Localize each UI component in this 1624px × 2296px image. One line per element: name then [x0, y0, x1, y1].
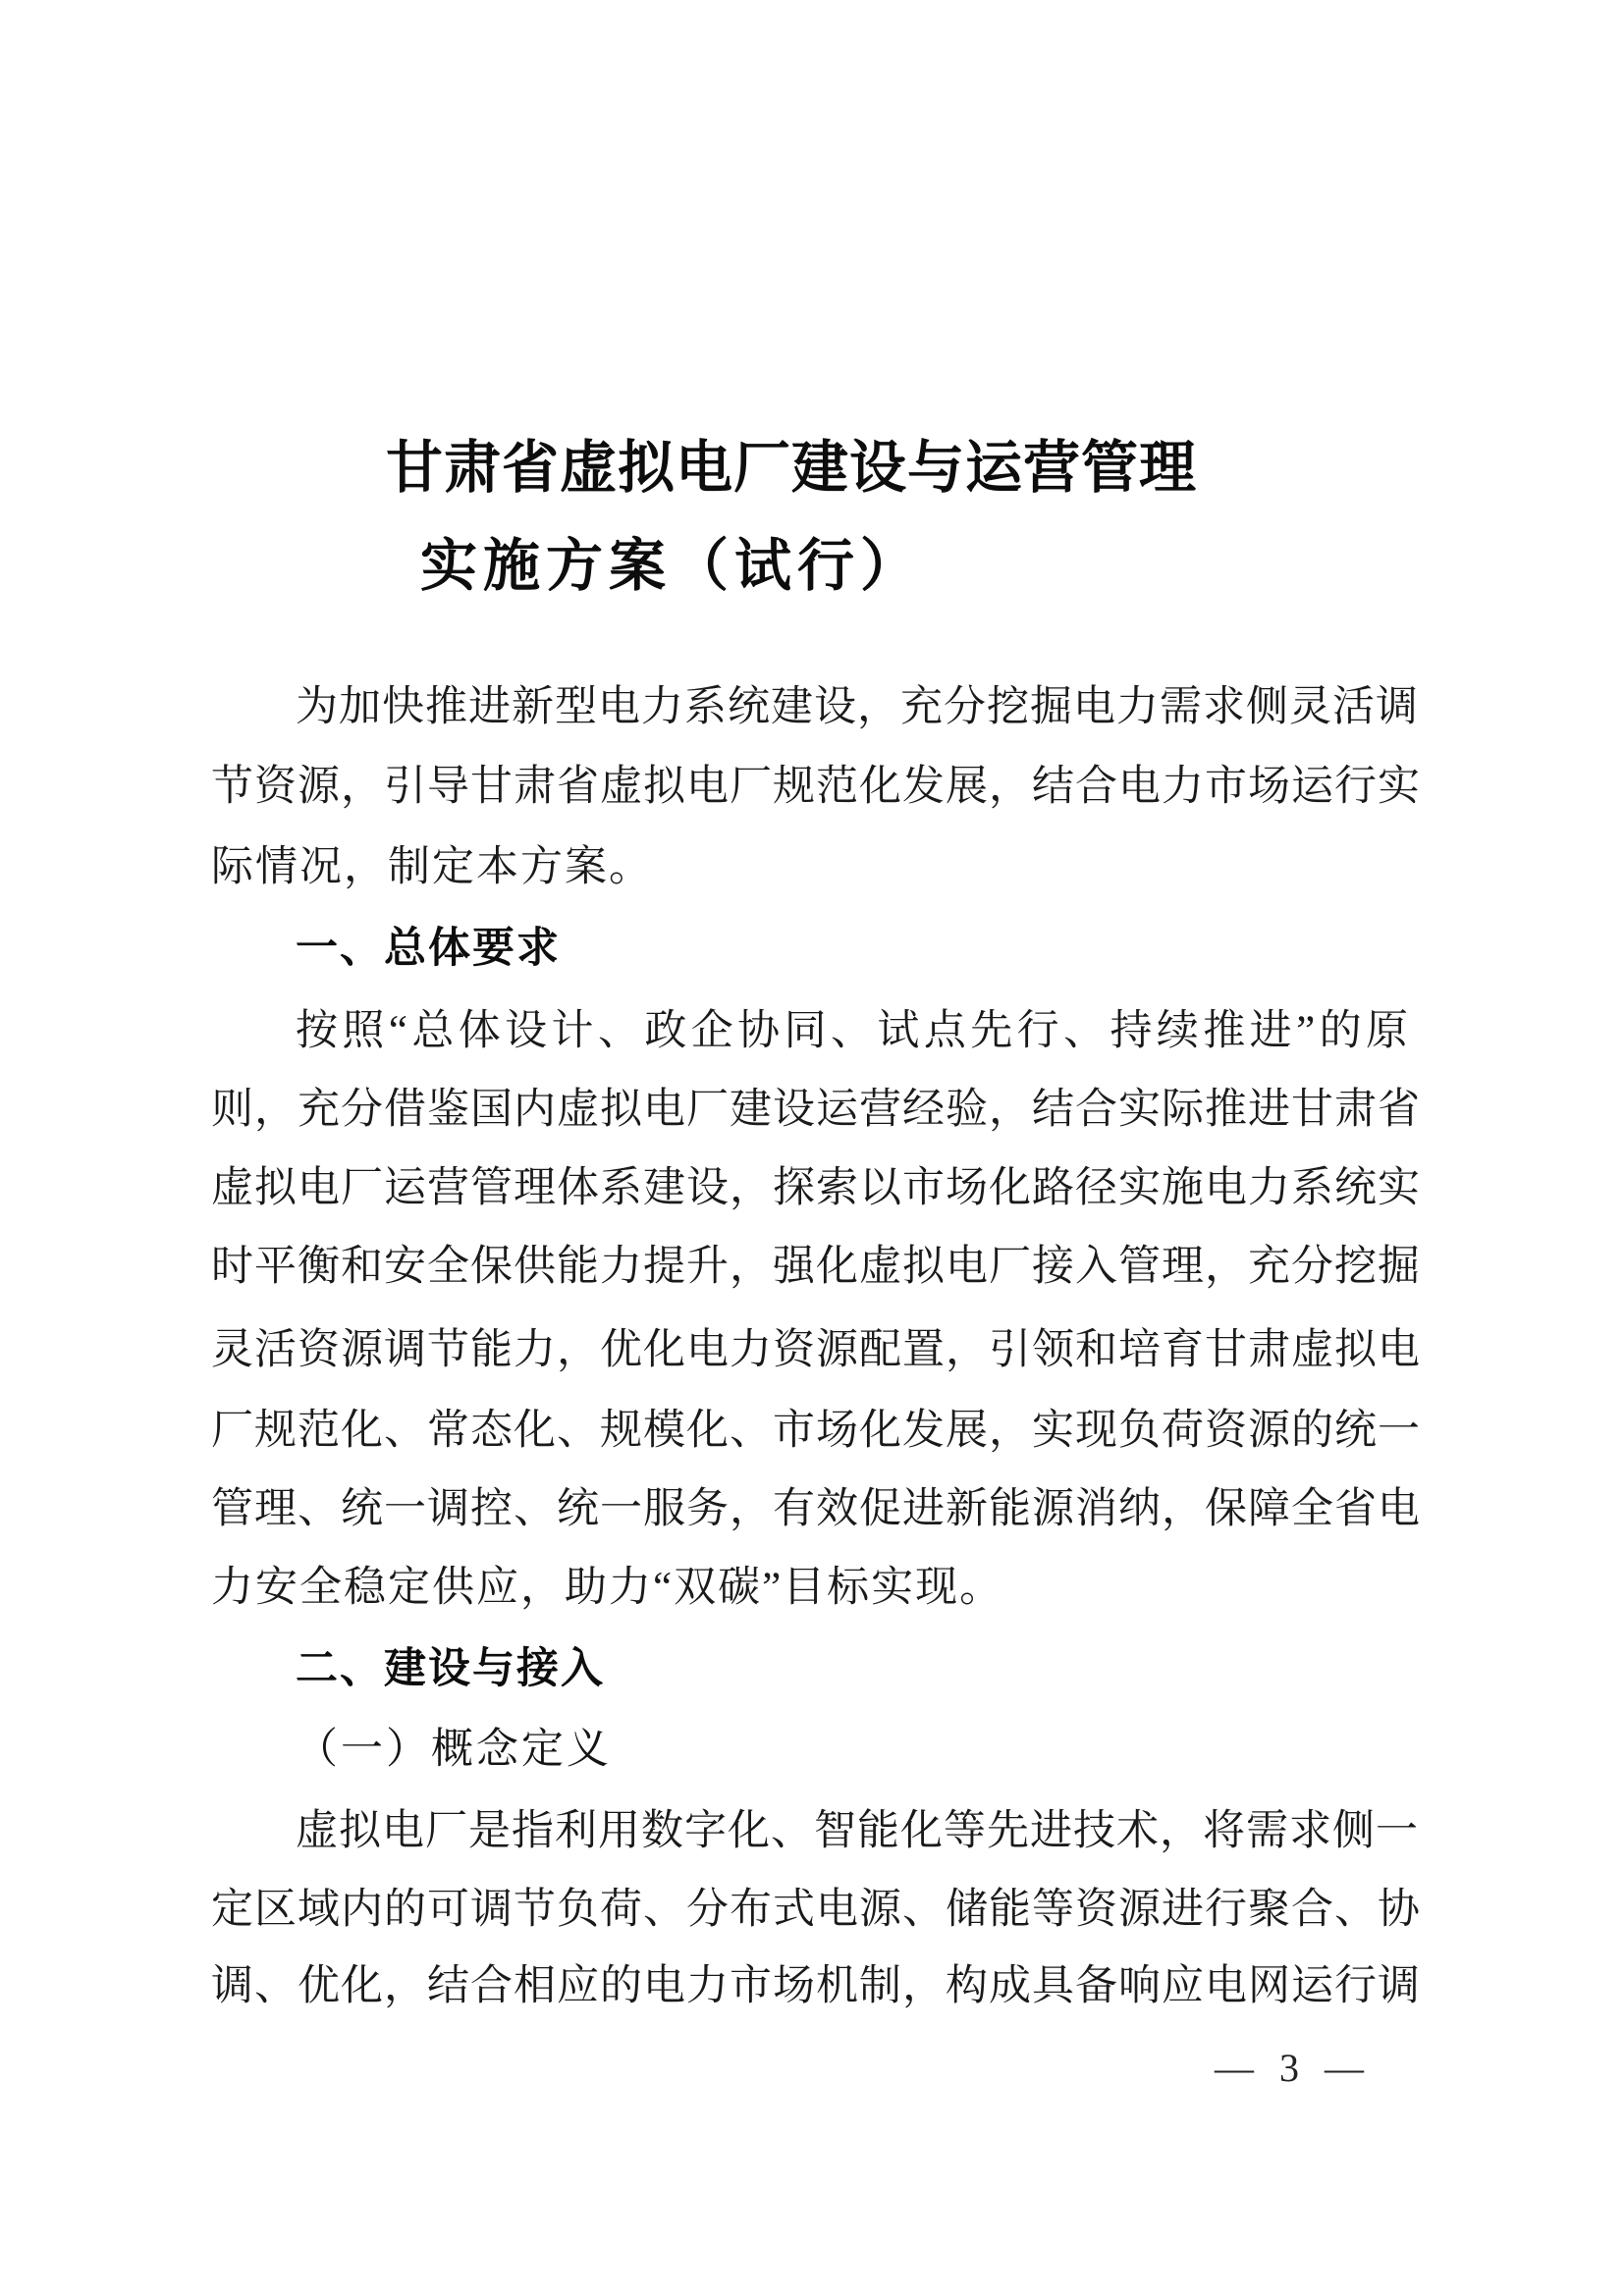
paragraph1-line: 节资源，引导甘肃省虚拟电厂规范化发展，结合电力市场运行实 [211, 764, 1409, 811]
sub-heading-concept-definition: （一）概念定义 [211, 1727, 1409, 1774]
paragraph3-line: 定区域内的可调节负荷、分布式电源、储能等资源进行聚合、协 [211, 1887, 1409, 1934]
paragraph2-line: 管理、统一调控、统一服务，有效促进新能源消纳，保障全省电 [211, 1486, 1409, 1533]
paragraph2-line: 力安全稳定供应，助力“双碳”目标实现。 [211, 1565, 1409, 1612]
paragraph2-line: 厂规范化、常态化、规模化、市场化发展，实现负荷资源的统一 [211, 1408, 1409, 1455]
document-title-line-2: 实施方案（试行） [0, 534, 1484, 599]
document-title-line-1: 甘肃省虚拟电厂建设与运营管理 [0, 436, 1603, 501]
paragraph2-line: 虚拟电厂运营管理体系建设，探索以市场化路径实施电力系统实 [211, 1165, 1409, 1212]
paragraph2-line: 灵活资源调节能力，优化电力资源配置，引领和培育甘肃虚拟电 [211, 1327, 1409, 1374]
paragraph2-line: 按照“总体设计、政企协同、试点先行、持续推进”的原 [211, 1008, 1409, 1055]
paragraph2-line: 则，充分借鉴国内虚拟电厂建设运营经验，结合实际推进甘肃省 [211, 1087, 1409, 1134]
section-heading-1: 一、总体要求 [211, 925, 1409, 972]
paragraph3-line: 调、优化，结合相应的电力市场机制，构成具备响应电网运行调 [211, 1963, 1409, 2010]
paragraph3-line: 虚拟电厂是指利用数字化、智能化等先进技术，将需求侧一 [211, 1808, 1409, 1855]
paragraph2-line: 时平衡和安全保供能力提升，强化虚拟电厂接入管理，充分挖掘 [211, 1244, 1409, 1291]
paragraph1-line: 为加快推进新型电力系统建设，充分挖掘电力需求侧灵活调 [211, 684, 1409, 731]
paragraph1-line: 际情况，制定本方案。 [211, 844, 1409, 891]
section-heading-2: 二、建设与接入 [211, 1645, 1409, 1692]
page-number: — 3 — [1215, 2047, 1372, 2090]
document-page: 甘肃省虚拟电厂建设与运营管理 实施方案（试行） 为加快推进新型电力系统建设，充分… [0, 0, 1624, 2296]
